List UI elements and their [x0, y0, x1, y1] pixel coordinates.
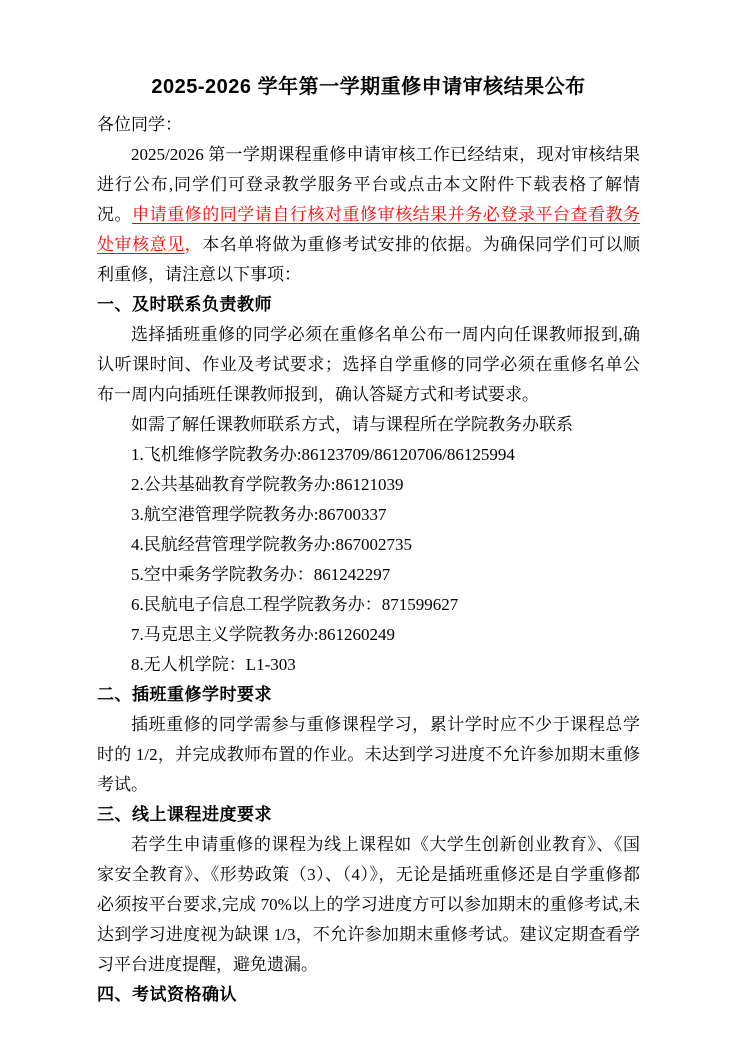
section-2-paragraph-1: 插班重修的同学需参与重修课程学习，累计学时应不少于课程总学时的 1/2，并完成教… [97, 710, 640, 800]
document-page: 2025-2026 学年第一学期重修申请审核结果公布 各位同学： 2025/20… [0, 0, 736, 1047]
section-1-paragraph-1: 选择插班重修的同学必须在重修名单公布一周内向任课教师报到,确认听课时间、作业及考… [97, 320, 640, 410]
intro-paragraph: 2025/2026 第一学期课程重修申请审核工作已经结束，现对审核结果进行公布,… [97, 140, 640, 290]
section-1-paragraph-2: 如需了解任课教师联系方式，请与课程所在学院教务办联系 [97, 410, 640, 440]
section-3-paragraph-1: 若学生申请重修的课程为线上课程如《大学生创新创业教育》、《国家安全教育》、《形势… [97, 830, 640, 980]
contact-list: 1.飞机维修学院教务办:86123709/86120706/86125994 2… [97, 440, 640, 680]
contact-list-item: 3.航空港管理学院教务办:86700337 [97, 500, 640, 530]
section-1-heading: 一、及时联系负责教师 [97, 290, 640, 320]
contact-list-item: 6.民航电子信息工程学院教务办：871599627 [97, 590, 640, 620]
contact-list-item: 1.飞机维修学院教务办:86123709/86120706/86125994 [97, 440, 640, 470]
red-emphasis-comma: ， [185, 235, 203, 254]
contact-list-item: 2.公共基础教育学院教务办:86121039 [97, 470, 640, 500]
section-4-heading: 四、考试资格确认 [97, 980, 640, 1010]
section-3-heading: 三、线上课程进度要求 [97, 800, 640, 830]
salutation: 各位同学： [97, 110, 640, 140]
section-2-heading: 二、插班重修学时要求 [97, 680, 640, 710]
contact-list-item: 8.无人机学院：L1-303 [97, 650, 640, 680]
contact-list-item: 7.马克思主义学院教务办:861260249 [97, 620, 640, 650]
page-title: 2025-2026 学年第一学期重修申请审核结果公布 [97, 70, 640, 104]
contact-list-item: 4.民航经营管理学院教务办:867002735 [97, 530, 640, 560]
contact-list-item: 5.空中乘务学院教务办：861242297 [97, 560, 640, 590]
